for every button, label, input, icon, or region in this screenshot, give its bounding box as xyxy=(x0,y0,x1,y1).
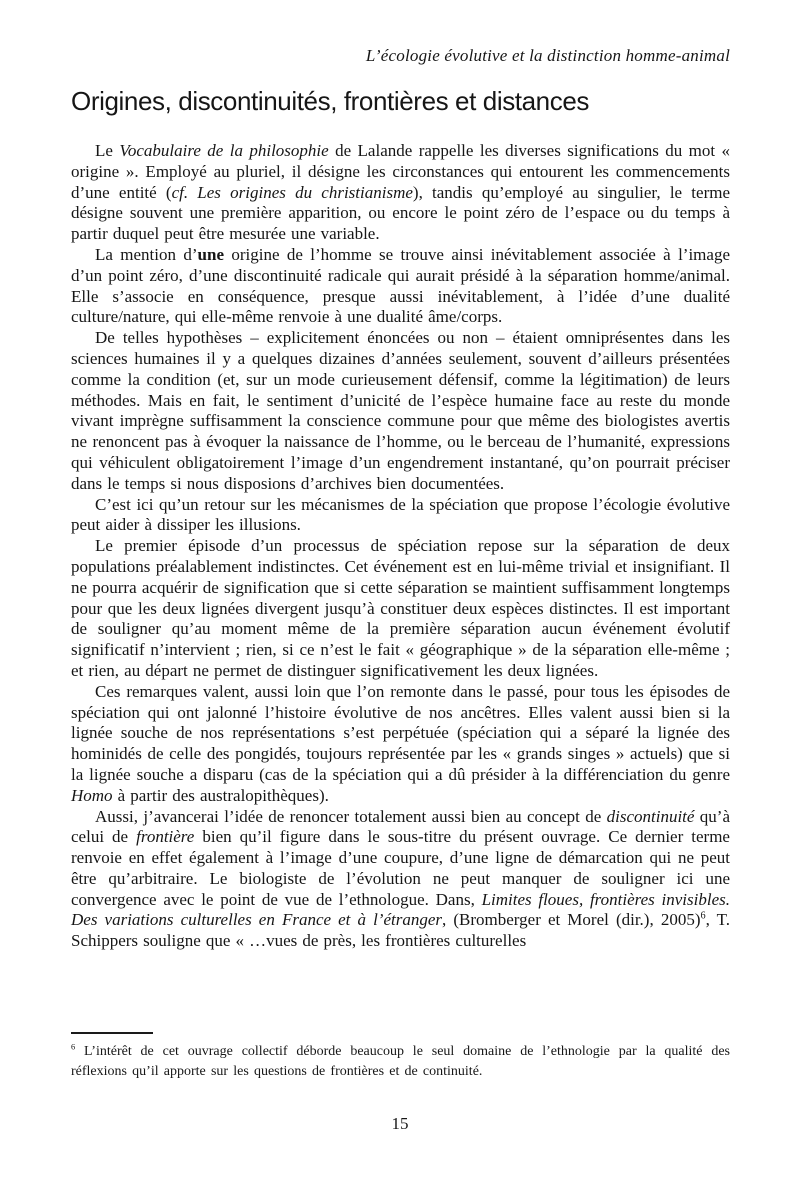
footnote-separator xyxy=(71,1032,153,1034)
body-text: Le Vocabulaire de la philosophie de Lala… xyxy=(71,141,730,952)
paragraph: De telles hypothèses – explicitement éno… xyxy=(71,328,730,494)
paragraph: Aussi, j’avancerai l’idée de renoncer to… xyxy=(71,807,730,953)
chapter-title: Origines, discontinuités, frontières et … xyxy=(71,86,751,117)
footnote-block: 6 L’intérêt de cet ouvrage collectif déb… xyxy=(71,1032,730,1081)
footnote-text: L’intérêt de cet ouvrage collectif débor… xyxy=(71,1044,730,1079)
footnote-marker: 6 xyxy=(71,1042,75,1051)
running-header: L’écologie évolutive et la distinction h… xyxy=(71,46,730,66)
paragraph: La mention d’une origine de l’homme se t… xyxy=(71,245,730,328)
paragraph: Le Vocabulaire de la philosophie de Lala… xyxy=(71,141,730,245)
paragraph: Le premier épisode d’un processus de spé… xyxy=(71,536,730,682)
page-number: 15 xyxy=(0,1114,800,1134)
paragraph: Ces remarques valent, aussi loin que l’o… xyxy=(71,682,730,807)
book-page: L’écologie évolutive et la distinction h… xyxy=(0,0,800,1200)
footnote: 6 L’intérêt de cet ouvrage collectif déb… xyxy=(71,1042,730,1081)
paragraph: C’est ici qu’un retour sur les mécanisme… xyxy=(71,495,730,537)
